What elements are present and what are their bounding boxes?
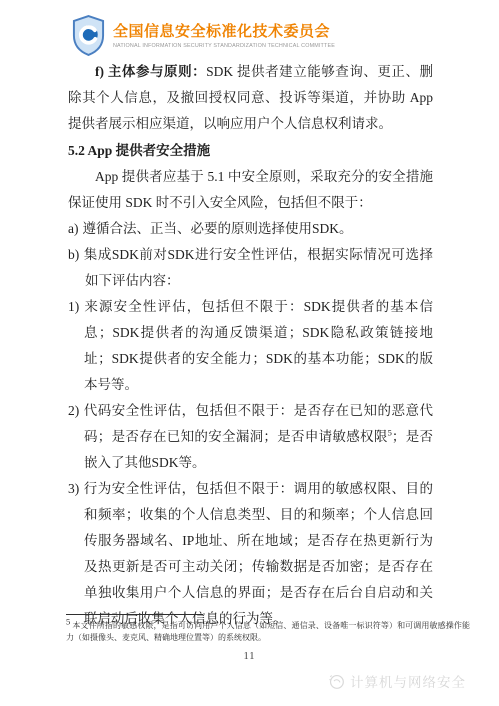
list-item-a-text: 遵循合法、正当、必要的原则选择使用SDK。 bbox=[83, 221, 353, 236]
sub-item-2: 2)代码安全性评估，包括但不限于：是否存在已知的恶意代码；是否存在已知的安全漏洞… bbox=[68, 398, 433, 476]
sub-item-2-text-before: 代码安全性评估，包括但不限于：是否存在已知的恶意代码；是否存在已知的安全漏洞；是… bbox=[83, 403, 433, 444]
footnote-divider bbox=[66, 614, 203, 615]
org-title-block: 全国信息安全标准化技术委员会 NATIONAL INFORMATION SECU… bbox=[113, 15, 380, 50]
list-item-a-label: a) bbox=[68, 221, 79, 236]
shield-badge-icon bbox=[71, 15, 106, 56]
list-item-a: a)遵循合法、正当、必要的原则选择使用SDK。 bbox=[68, 216, 433, 242]
watermark: 计算机与网络安全 bbox=[328, 671, 466, 691]
sub-item-3-label: 3) bbox=[68, 481, 79, 496]
watermark-text: 计算机与网络安全 bbox=[350, 671, 466, 691]
intro-paragraph: App 提供者应基于 5.1 中安全原则，采取充分的安全措施保证使用 SDK 时… bbox=[68, 164, 433, 216]
footnote-text: 本文件所指的敏感权限，是指可访问用户个人信息（如短信、通信录、设备唯一标识符等）… bbox=[66, 621, 470, 642]
page-number: 11 bbox=[0, 651, 499, 662]
list-item-b-text: 集成SDK前对SDK进行安全性评估，根据实际情况可选择如下评估内容： bbox=[83, 247, 433, 288]
org-name-en: NATIONAL INFORMATION SECURITY STANDARDIZ… bbox=[113, 43, 335, 49]
sub-item-1: 1)来源安全性评估，包括但不限于：SDK提供者的基本信息；SDK提供者的沟通反馈… bbox=[68, 294, 433, 398]
footnote-area: 5 本文件所指的敏感权限，是指可访问用户个人信息（如短信、通信录、设备唯一标识符… bbox=[66, 614, 470, 644]
item-f-bold-lead: f) 主体参与原则： bbox=[95, 64, 206, 79]
paragraph-item-f: f) 主体参与原则：SDK 提供者建立能够查询、更正、删除其个人信息，及撤回授权… bbox=[68, 59, 433, 137]
list-item-b-label: b) bbox=[68, 247, 79, 262]
header: 全国信息安全标准化技术委员会 NATIONAL INFORMATION SECU… bbox=[71, 15, 380, 56]
footnote-marker: 5 bbox=[66, 616, 70, 626]
section-heading-5-2: 5.2 App 提供者安全措施 bbox=[68, 137, 433, 164]
org-name-zh: 全国信息安全标准化技术委员会 bbox=[113, 20, 380, 41]
sub-item-3-text: 行为安全性评估，包括但不限于：调用的敏感权限、目的和频率；收集的个人信息类型、目… bbox=[83, 481, 433, 626]
sub-item-3: 3)行为安全性评估，包括但不限于：调用的敏感权限、目的和频率；收集的个人信息类型… bbox=[68, 476, 433, 632]
document-body: f) 主体参与原则：SDK 提供者建立能够查询、更正、删除其个人信息，及撤回授权… bbox=[68, 59, 433, 632]
document-page: 全国信息安全标准化技术委员会 NATIONAL INFORMATION SECU… bbox=[0, 0, 499, 706]
sub-item-2-label: 2) bbox=[68, 403, 79, 418]
list-item-b: b)集成SDK前对SDK进行安全性评估，根据实际情况可选择如下评估内容： bbox=[68, 242, 433, 294]
circular-account-logo-icon bbox=[328, 673, 345, 690]
footnote: 5 本文件所指的敏感权限，是指可访问用户个人信息（如短信、通信录、设备唯一标识符… bbox=[66, 620, 470, 644]
sub-item-1-text: 来源安全性评估，包括但不限于：SDK提供者的基本信息；SDK提供者的沟通反馈渠道… bbox=[83, 299, 433, 392]
sub-item-1-label: 1) bbox=[68, 299, 79, 314]
